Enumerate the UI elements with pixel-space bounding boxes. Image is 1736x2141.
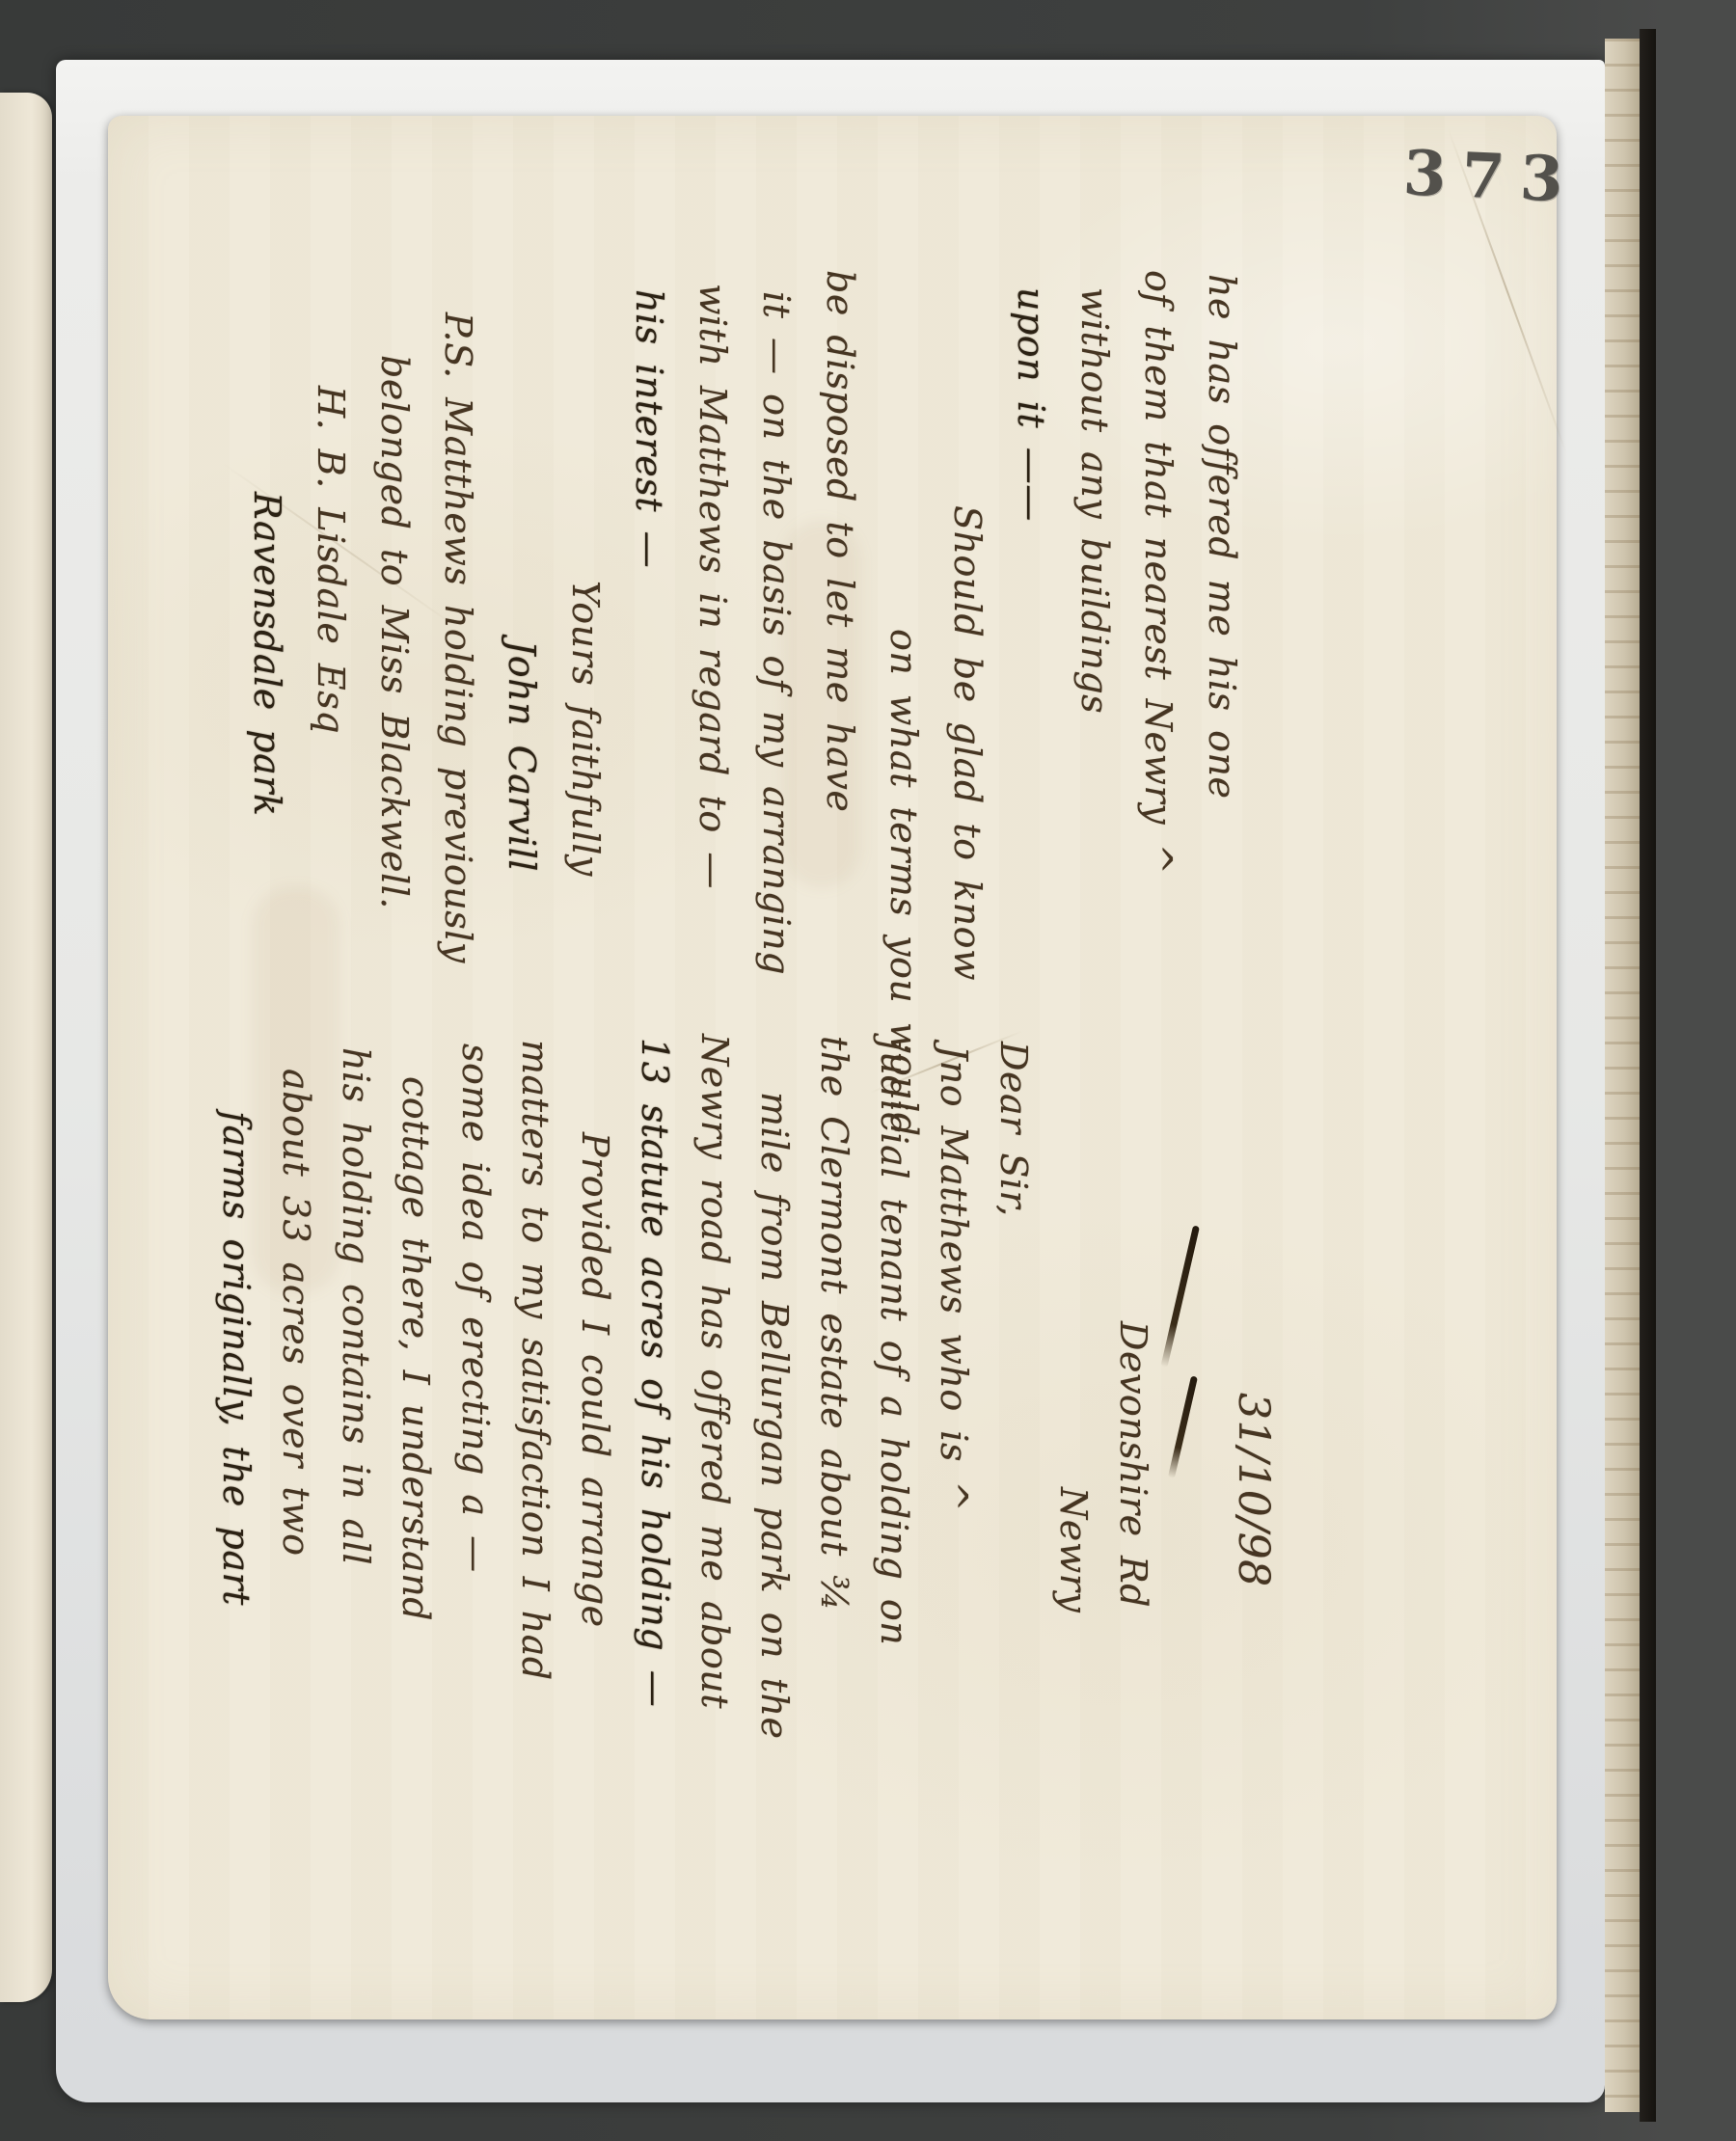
letter-line: without any buildings	[1063, 262, 1126, 1159]
letter-postscript-line: P.S. Matthews holding previously	[426, 262, 490, 1159]
letter-line: upon it ——	[999, 262, 1063, 1159]
book-cover-edge	[1640, 29, 1656, 2122]
previous-page-edge	[0, 93, 52, 2002]
letter-line: Should be glad to know	[936, 262, 999, 1159]
letter-page-two: he has offered me his one of them that n…	[231, 262, 1254, 1159]
book-fore-edge	[1605, 39, 1640, 2112]
letter-valediction: Yours faithfully	[554, 262, 617, 1159]
letter-line: it — on the basis of my arranging	[745, 262, 808, 1159]
flourish-stroke	[1160, 1225, 1200, 1368]
letter-line: he has offered me his one	[1190, 262, 1254, 1159]
letter-line: his interest —	[617, 262, 681, 1159]
page-number-stamp: 373	[1401, 137, 1580, 217]
flourish-stroke	[1168, 1375, 1198, 1478]
letter-signature: John Carvill	[490, 262, 554, 1159]
letter-line: with Matthews in regard to —	[681, 262, 745, 1159]
letter-addressee-line: H. B. Lisdale Esq	[299, 262, 363, 1159]
letter-line: be disposed to let me have	[808, 262, 872, 1159]
letter-line: of them that nearest Newry ^	[1126, 262, 1190, 1159]
letter-addressee-line: Ravensdale park	[235, 262, 299, 1159]
letter-postscript-line: belonged to Miss Blackwell.	[363, 262, 426, 1159]
letter-line: on what terms you would	[872, 262, 936, 1159]
